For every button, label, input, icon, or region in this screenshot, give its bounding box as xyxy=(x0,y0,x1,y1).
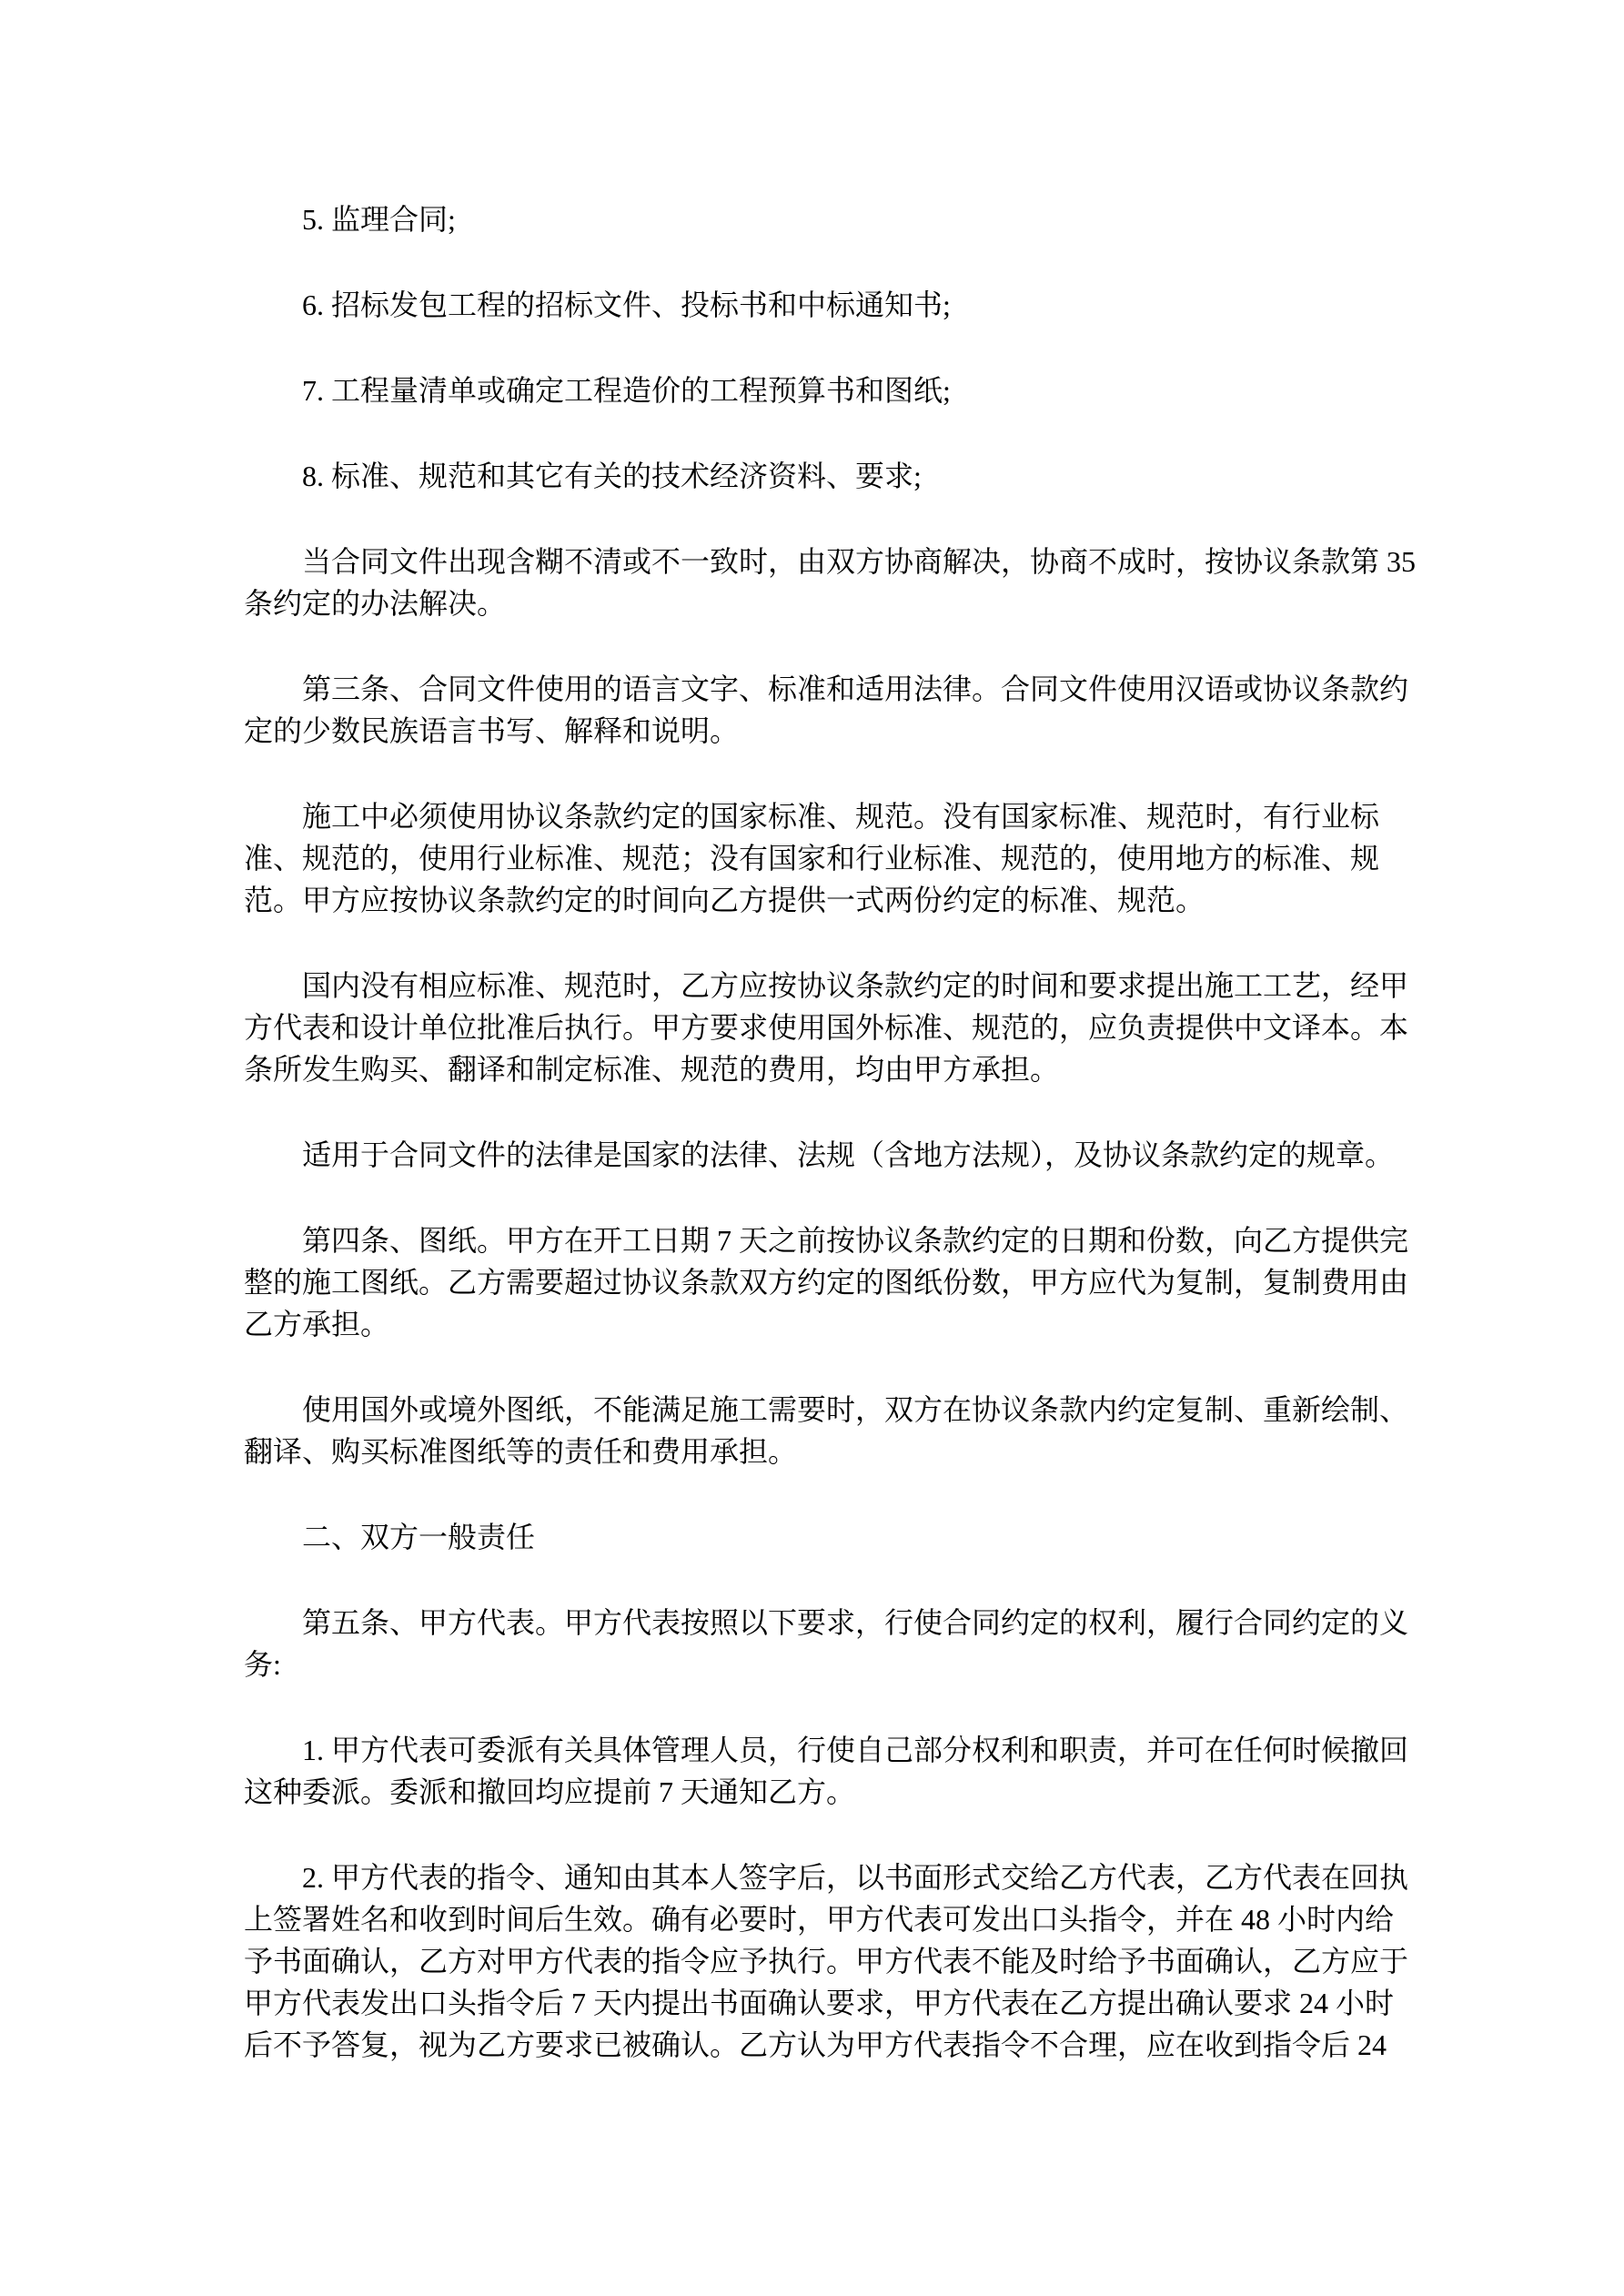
paragraph: 7. 工程量清单或确定工程造价的工程预算书和图纸; xyxy=(244,369,1417,411)
paragraph: 5. 监理合同; xyxy=(244,198,1417,240)
paragraph: 国内没有相应标准、规范时，乙方应按协议条款约定的时间和要求提出施工工艺，经甲方代… xyxy=(244,965,1417,1090)
paragraph: 当合同文件出现含糊不清或不一致时，由双方协商解决，协商不成时，按协议条款第 35… xyxy=(244,541,1417,624)
paragraph: 第五条、甲方代表。甲方代表按照以下要求，行使合同约定的权利，履行合同约定的义务: xyxy=(244,1602,1417,1685)
paragraph: 6. 招标发包工程的招标文件、投标书和中标通知书; xyxy=(244,284,1417,326)
paragraph: 2. 甲方代表的指令、通知由其本人签字后，以书面形式交给乙方代表，乙方代表在回执… xyxy=(244,1856,1417,2066)
paragraph: 使用国外或境外图纸，不能满足施工需要时，双方在协议条款内约定复制、重新绘制、翻译… xyxy=(244,1389,1417,1472)
paragraph: 适用于合同文件的法律是国家的法律、法规（含地方法规），及协议条款约定的规章。 xyxy=(244,1134,1417,1176)
paragraph: 第四条、图纸。甲方在开工日期 7 天之前按协议条款约定的日期和份数，向乙方提供完… xyxy=(244,1219,1417,1345)
paragraph: 1. 甲方代表可委派有关具体管理人员，行使自己部分权利和职责，并可在任何时候撤回… xyxy=(244,1729,1417,1813)
paragraph: 施工中必须使用协议条款约定的国家标准、规范。没有国家标准、规范时，有行业标准、规… xyxy=(244,795,1417,921)
paragraph: 第三条、合同文件使用的语言文字、标准和适用法律。合同文件使用汉语或协议条款约定的… xyxy=(244,668,1417,752)
paragraph: 二、双方一般责任 xyxy=(244,1516,1417,1558)
paragraph: 8. 标准、规范和其它有关的技术经济资料、要求; xyxy=(244,455,1417,497)
document-page: 5. 监理合同;6. 招标发包工程的招标文件、投标书和中标通知书;7. 工程量清… xyxy=(0,0,1624,2296)
document-body: 5. 监理合同;6. 招标发包工程的招标文件、投标书和中标通知书;7. 工程量清… xyxy=(244,198,1417,2109)
